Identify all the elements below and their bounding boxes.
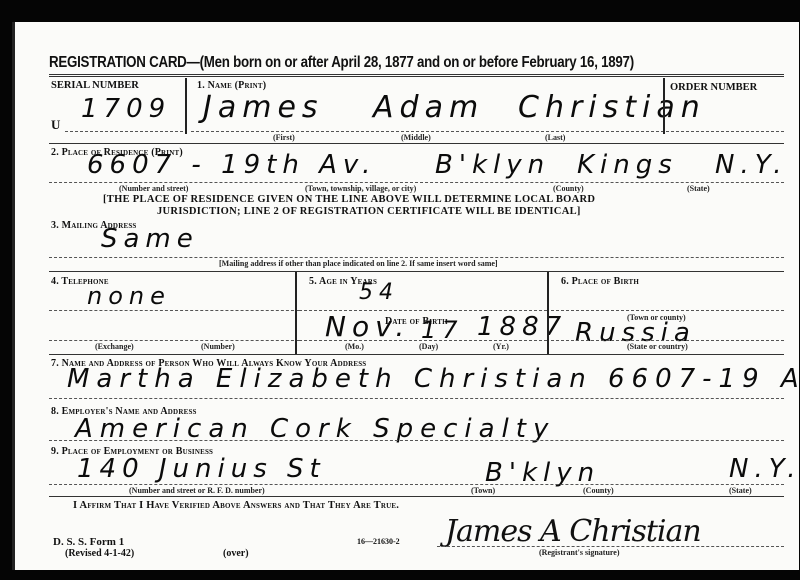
title-rule <box>49 74 784 77</box>
serial-prefix: U <box>51 117 60 133</box>
residence-street-value: 6607 - 19th Av. <box>87 150 376 180</box>
sub-last: (Last) <box>545 133 565 142</box>
birthplace-line-2 <box>551 340 784 341</box>
divider <box>185 78 187 134</box>
sub-year: (Yr.) <box>493 342 509 351</box>
contact-line <box>49 398 784 399</box>
form-over: (over) <box>223 548 249 559</box>
employment-state-value: N.Y. <box>729 454 800 484</box>
birthplace-label: 6. Place of Birth <box>561 276 639 287</box>
mailing-line <box>49 257 784 258</box>
residence-line <box>49 182 784 183</box>
sub-exchange: (Exchange) <box>95 342 134 351</box>
mailing-value: Same <box>101 224 199 254</box>
middle-name-value: Adam <box>373 90 484 125</box>
last-name-value: Christian <box>518 90 706 125</box>
form-code: 16—21630-2 <box>357 537 400 546</box>
sub-day: (Day) <box>419 342 438 351</box>
sub-town: (Town, township, village, or city) <box>305 184 416 193</box>
form-name: D. S. S. Form 1 <box>53 536 124 548</box>
divider <box>295 272 297 354</box>
contact-value: Martha Elizabeth Christian 6607-19 Av. <box>67 364 800 394</box>
registration-card: REGISTRATION CARD—(Men born on or after … <box>12 22 799 570</box>
divider <box>663 78 665 134</box>
residence-notice-2: JURISDICTION; LINE 2 OF REGISTRATION CER… <box>157 206 581 217</box>
registrant-signature: James A Christian <box>445 514 701 549</box>
sub-emp-town: (Town) <box>471 486 495 495</box>
employer-line <box>49 440 784 441</box>
sub-street: (Number and street) <box>119 184 188 193</box>
residence-town-value: B'klyn <box>435 150 550 180</box>
birthplace-line <box>551 310 784 311</box>
signature-caption: (Registrant's signature) <box>539 548 620 557</box>
order-number-label: ORDER NUMBER <box>670 82 757 93</box>
dob-year-value: 1887 <box>477 312 567 342</box>
residence-county-value: Kings <box>577 150 678 180</box>
dob-month-value: Nov. <box>325 310 410 343</box>
serial-number-value: 1709 <box>81 94 171 124</box>
sub-state: (State) <box>687 184 710 193</box>
sub-birth-country: (State or country) <box>627 342 688 351</box>
residence-notice-1: [THE PLACE OF RESIDENCE GIVEN ON THE LIN… <box>103 194 595 205</box>
employment-street-value: 140 Junius St <box>77 454 326 484</box>
rule <box>49 496 784 497</box>
age-value: 54 <box>359 280 399 305</box>
sub-number: (Number) <box>201 342 235 351</box>
sub-month: (Mo.) <box>345 342 364 351</box>
serial-number-label: SERIAL NUMBER <box>51 80 139 91</box>
name-line <box>191 131 784 132</box>
affirm-statement: I Affirm That I Have Verified Above Answ… <box>73 500 399 511</box>
mailing-note: [Mailing address if other than place ind… <box>219 259 498 268</box>
sub-emp-state: (State) <box>729 486 752 495</box>
form-revised: (Revised 4-1-42) <box>65 548 134 559</box>
rule <box>49 354 784 355</box>
residence-state-value: N.Y. <box>715 150 788 180</box>
telephone-line-2 <box>49 340 299 341</box>
first-name-value: James <box>203 90 324 125</box>
telephone-line <box>49 310 299 311</box>
sub-emp-county: (County) <box>583 486 614 495</box>
sub-emp-street: (Number and street or R. F. D. number) <box>129 486 265 495</box>
sub-first: (First) <box>273 133 295 142</box>
rule <box>49 271 784 272</box>
telephone-value: none <box>87 282 171 310</box>
rule <box>49 143 784 144</box>
sub-county: (County) <box>553 184 584 193</box>
dob-line <box>299 340 547 341</box>
divider <box>547 272 549 354</box>
employment-line <box>49 484 784 485</box>
serial-line <box>65 131 183 132</box>
card-title: REGISTRATION CARD—(Men born on or after … <box>49 54 634 72</box>
signature-line <box>437 546 784 547</box>
sub-middle: (Middle) <box>401 133 431 142</box>
